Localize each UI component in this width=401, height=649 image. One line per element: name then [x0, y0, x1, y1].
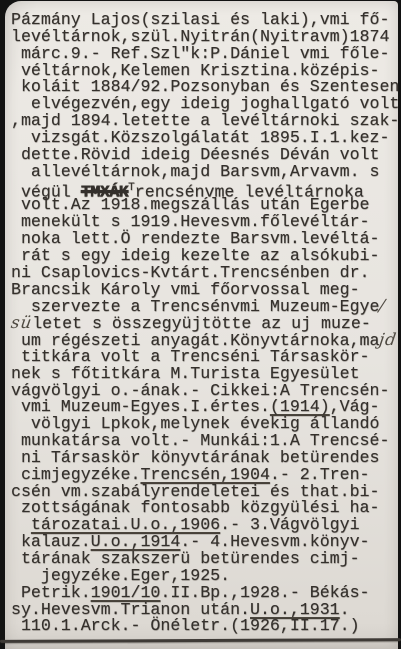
- typed-text: Pázmány Lajos(szilasi és laki),vmi fő-le…: [5, 1, 398, 635]
- bottom-rule: [0, 638, 401, 643]
- handwritten-insertion: sü: [10, 315, 34, 332]
- handwritten-insertion: jd: [378, 332, 398, 349]
- typed-line: allevéltárnok,majd Barsvm,Arvavm. s: [11, 164, 395, 181]
- typed-segment: 110.1.Arck.- Önéletr.(1926,II.17.): [11, 616, 360, 635]
- typed-line: 110.1.Arck.- Önéletr.(1926,II.17.): [11, 618, 395, 635]
- superscript-correction: T: [128, 182, 135, 194]
- typed-line: Brancsik Károly vmi főorvossal meg-: [11, 282, 395, 299]
- handwritten-insertion: /: [378, 298, 387, 315]
- typed-segment: allevéltárnok,majd Barsvm,Arvavm. s: [11, 162, 379, 181]
- scanned-card: Pázmány Lajos(szilasi és laki),vmi fő-le…: [0, 0, 401, 649]
- typed-line: sületet s összegyüjtötte az uj muze-: [11, 315, 395, 332]
- index-card: Pázmány Lajos(szilasi és laki),vmi fő-le…: [5, 1, 398, 649]
- typed-line: szervezte a Trencsénvmi Muzeum-Egye/: [11, 298, 395, 315]
- typed-segment: Brancsik Károly vmi főorvossal meg-: [11, 280, 360, 299]
